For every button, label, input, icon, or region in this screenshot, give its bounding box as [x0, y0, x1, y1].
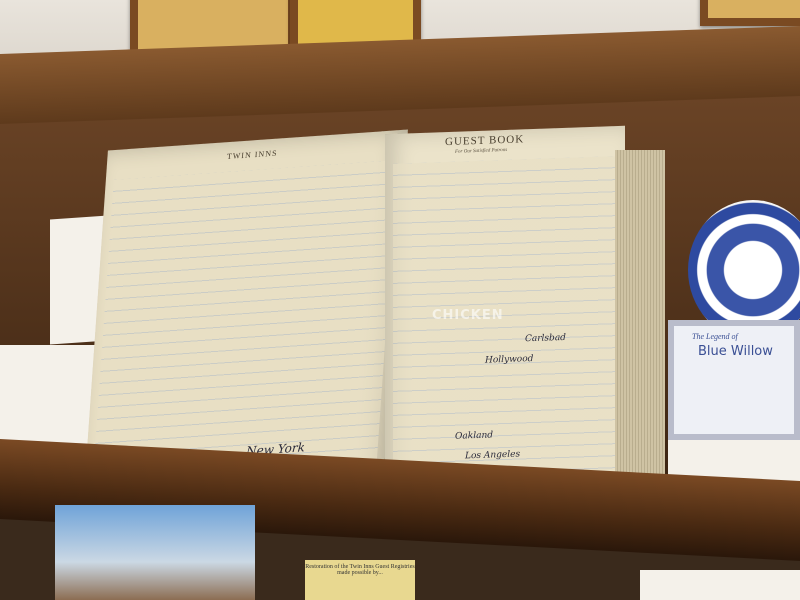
historic-building-photo [55, 505, 255, 600]
restoration-caption-card: Restoration of the Twin Inns Guest Regis… [305, 560, 415, 600]
left-page-header: TWIN INNS [227, 149, 278, 162]
info-panel-bottom-right [640, 570, 800, 600]
blue-willow-card: The Legend of Blue Willow [668, 320, 800, 440]
page-edges [615, 150, 665, 520]
right-page-header: GUEST BOOK [445, 133, 524, 148]
right-page: GUEST BOOK For Our Satisfied Patrons Oak… [385, 126, 625, 514]
right-page-subheader: For Our Satisfied Patrons [455, 148, 507, 155]
wall-frame [700, 0, 800, 26]
watermark: CHICKEN [432, 308, 504, 323]
